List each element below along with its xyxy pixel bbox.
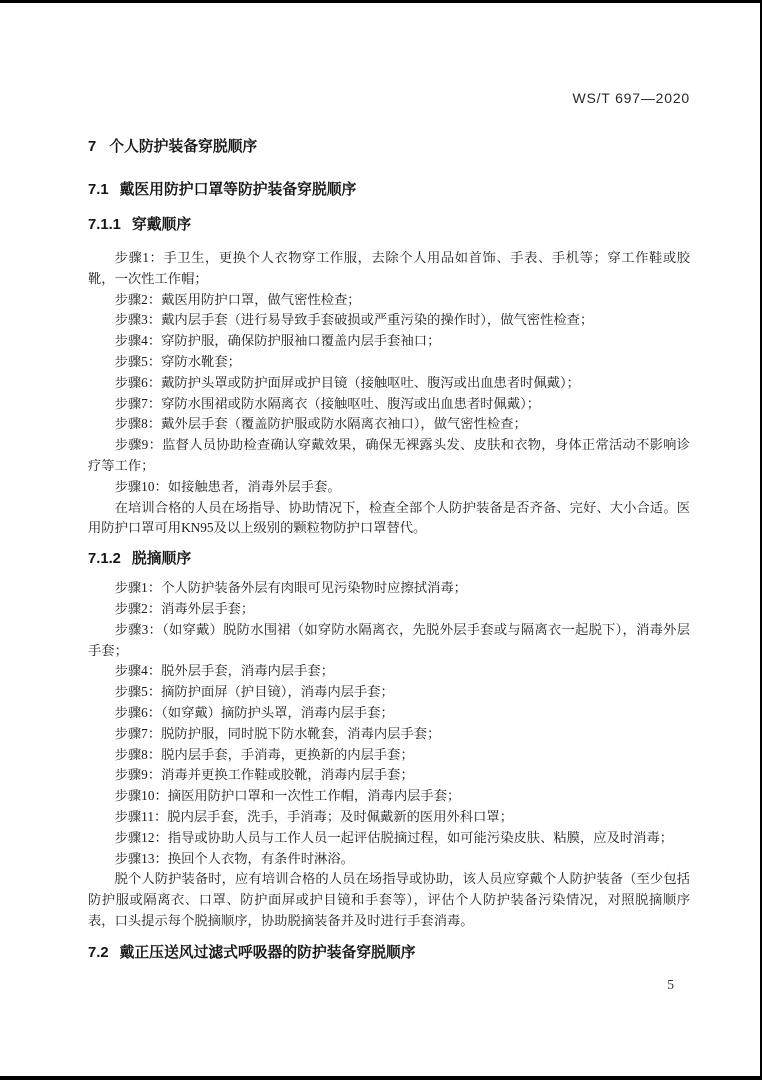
donning-step-6: 步骤6：戴防护头罩或防护面屏或护目镜（接触呕吐、腹泻或出血患者时佩戴）； bbox=[88, 373, 690, 394]
section-7-1-2-title: 脱摘顺序 bbox=[132, 551, 191, 567]
standard-code-header: WS/T 697—2020 bbox=[88, 91, 690, 106]
section-7-2-title: 戴正压送风过滤式呼吸器的防护装备穿脱顺序 bbox=[120, 945, 416, 961]
donning-step-4: 步骤4：穿防护服，确保防护服袖口覆盖内层手套袖口； bbox=[88, 331, 690, 352]
donning-step-9: 步骤9：监督人员协助检查确认穿戴效果，确保无裸露头发、皮肤和衣物，身体正常活动不… bbox=[88, 435, 690, 477]
doffing-steps-list: 步骤1：个人防护装备外层有肉眼可见污染物时应擦拭消毒； 步骤2：消毒外层手套； … bbox=[88, 578, 690, 932]
section-7-2-heading: 7.2戴正压送风过滤式呼吸器的防护装备穿脱顺序 bbox=[88, 943, 690, 963]
doffing-step-9: 步骤9：消毒并更换工作鞋或胶靴，消毒内层手套； bbox=[88, 765, 690, 786]
donning-step-7: 步骤7：穿防水围裙或防水隔离衣（接触呕吐、腹泻或出血患者时佩戴）； bbox=[88, 394, 690, 415]
chapter-7-heading: 7个人防护装备穿脱顺序 bbox=[88, 137, 690, 157]
donning-steps-list: 步骤1：手卫生，更换个人衣物穿工作服，去除个人用品如首饰、手表、手机等；穿工作鞋… bbox=[88, 248, 690, 539]
scan-border-bottom bbox=[0, 1076, 762, 1080]
section-7-1-title: 戴医用防护口罩等防护装备穿脱顺序 bbox=[120, 182, 357, 198]
chapter-7-title: 个人防护装备穿脱顺序 bbox=[109, 139, 257, 155]
section-7-1-1-heading: 7.1.1穿戴顺序 bbox=[88, 215, 690, 235]
donning-step-3: 步骤3：戴内层手套（进行易导致手套破损或严重污染的操作时），做气密性检查； bbox=[88, 310, 690, 331]
doffing-step-3: 步骤3：（如穿戴）脱防水围裙（如穿防水隔离衣，先脱外层手套或与隔离衣一起脱下），… bbox=[88, 620, 690, 662]
donning-step-5: 步骤5：穿防水靴套； bbox=[88, 352, 690, 373]
section-7-1-number: 7.1 bbox=[88, 182, 109, 198]
doffing-step-1: 步骤1：个人防护装备外层有肉眼可见污染物时应擦拭消毒； bbox=[88, 578, 690, 599]
section-7-1-1-title: 穿戴顺序 bbox=[132, 217, 191, 233]
doffing-step-10: 步骤10：摘医用防护口罩和一次性工作帽，消毒内层手套； bbox=[88, 786, 690, 807]
doffing-step-7: 步骤7：脱防护服，同时脱下防水靴套，消毒内层手套； bbox=[88, 724, 690, 745]
page-content: WS/T 697—2020 7个人防护装备穿脱顺序 7.1戴医用防护口罩等防护装… bbox=[88, 0, 690, 963]
doffing-step-11: 步骤11：脱内层手套，洗手，手消毒；及时佩戴新的医用外科口罩； bbox=[88, 807, 690, 828]
section-7-2-number: 7.2 bbox=[88, 945, 109, 961]
doffing-step-12: 步骤12：指导或协助人员与工作人员一起评估脱摘过程，如可能污染皮肤、粘膜，应及时… bbox=[88, 828, 690, 849]
section-7-1-1-number: 7.1.1 bbox=[88, 217, 121, 233]
chapter-7-number: 7 bbox=[88, 139, 96, 155]
donning-step-10: 步骤10：如接触患者，消毒外层手套。 bbox=[88, 477, 690, 498]
doffing-note: 脱个人防护装备时，应有培训合格的人员在场指导或协助，该人员应穿戴个人防护装备（至… bbox=[88, 869, 690, 931]
doffing-step-6: 步骤6：（如穿戴）摘防护头罩，消毒内层手套； bbox=[88, 703, 690, 724]
donning-step-2: 步骤2：戴医用防护口罩，做气密性检查； bbox=[88, 290, 690, 311]
doffing-step-4: 步骤4：脱外层手套，消毒内层手套； bbox=[88, 661, 690, 682]
doffing-step-2: 步骤2：消毒外层手套； bbox=[88, 599, 690, 620]
doffing-step-8: 步骤8：脱内层手套，手消毒，更换新的内层手套； bbox=[88, 745, 690, 766]
page-number: 5 bbox=[667, 977, 674, 993]
donning-step-8: 步骤8：戴外层手套（覆盖防护服或防水隔离衣袖口），做气密性检查； bbox=[88, 414, 690, 435]
section-7-1-2-heading: 7.1.2脱摘顺序 bbox=[88, 549, 690, 569]
doffing-step-13: 步骤13：换回个人衣物，有条件时淋浴。 bbox=[88, 849, 690, 870]
donning-note: 在培训合格的人员在场指导、协助情况下，检查全部个人防护装备是否齐备、完好、大小合… bbox=[88, 498, 690, 540]
document-page: WS/T 697—2020 7个人防护装备穿脱顺序 7.1戴医用防护口罩等防护装… bbox=[0, 0, 762, 1080]
doffing-step-5: 步骤5：摘防护面屏（护目镜），消毒内层手套； bbox=[88, 682, 690, 703]
donning-step-1: 步骤1：手卫生，更换个人衣物穿工作服，去除个人用品如首饰、手表、手机等；穿工作鞋… bbox=[88, 248, 690, 290]
section-7-1-2-number: 7.1.2 bbox=[88, 551, 121, 567]
section-7-1-heading: 7.1戴医用防护口罩等防护装备穿脱顺序 bbox=[88, 180, 690, 200]
